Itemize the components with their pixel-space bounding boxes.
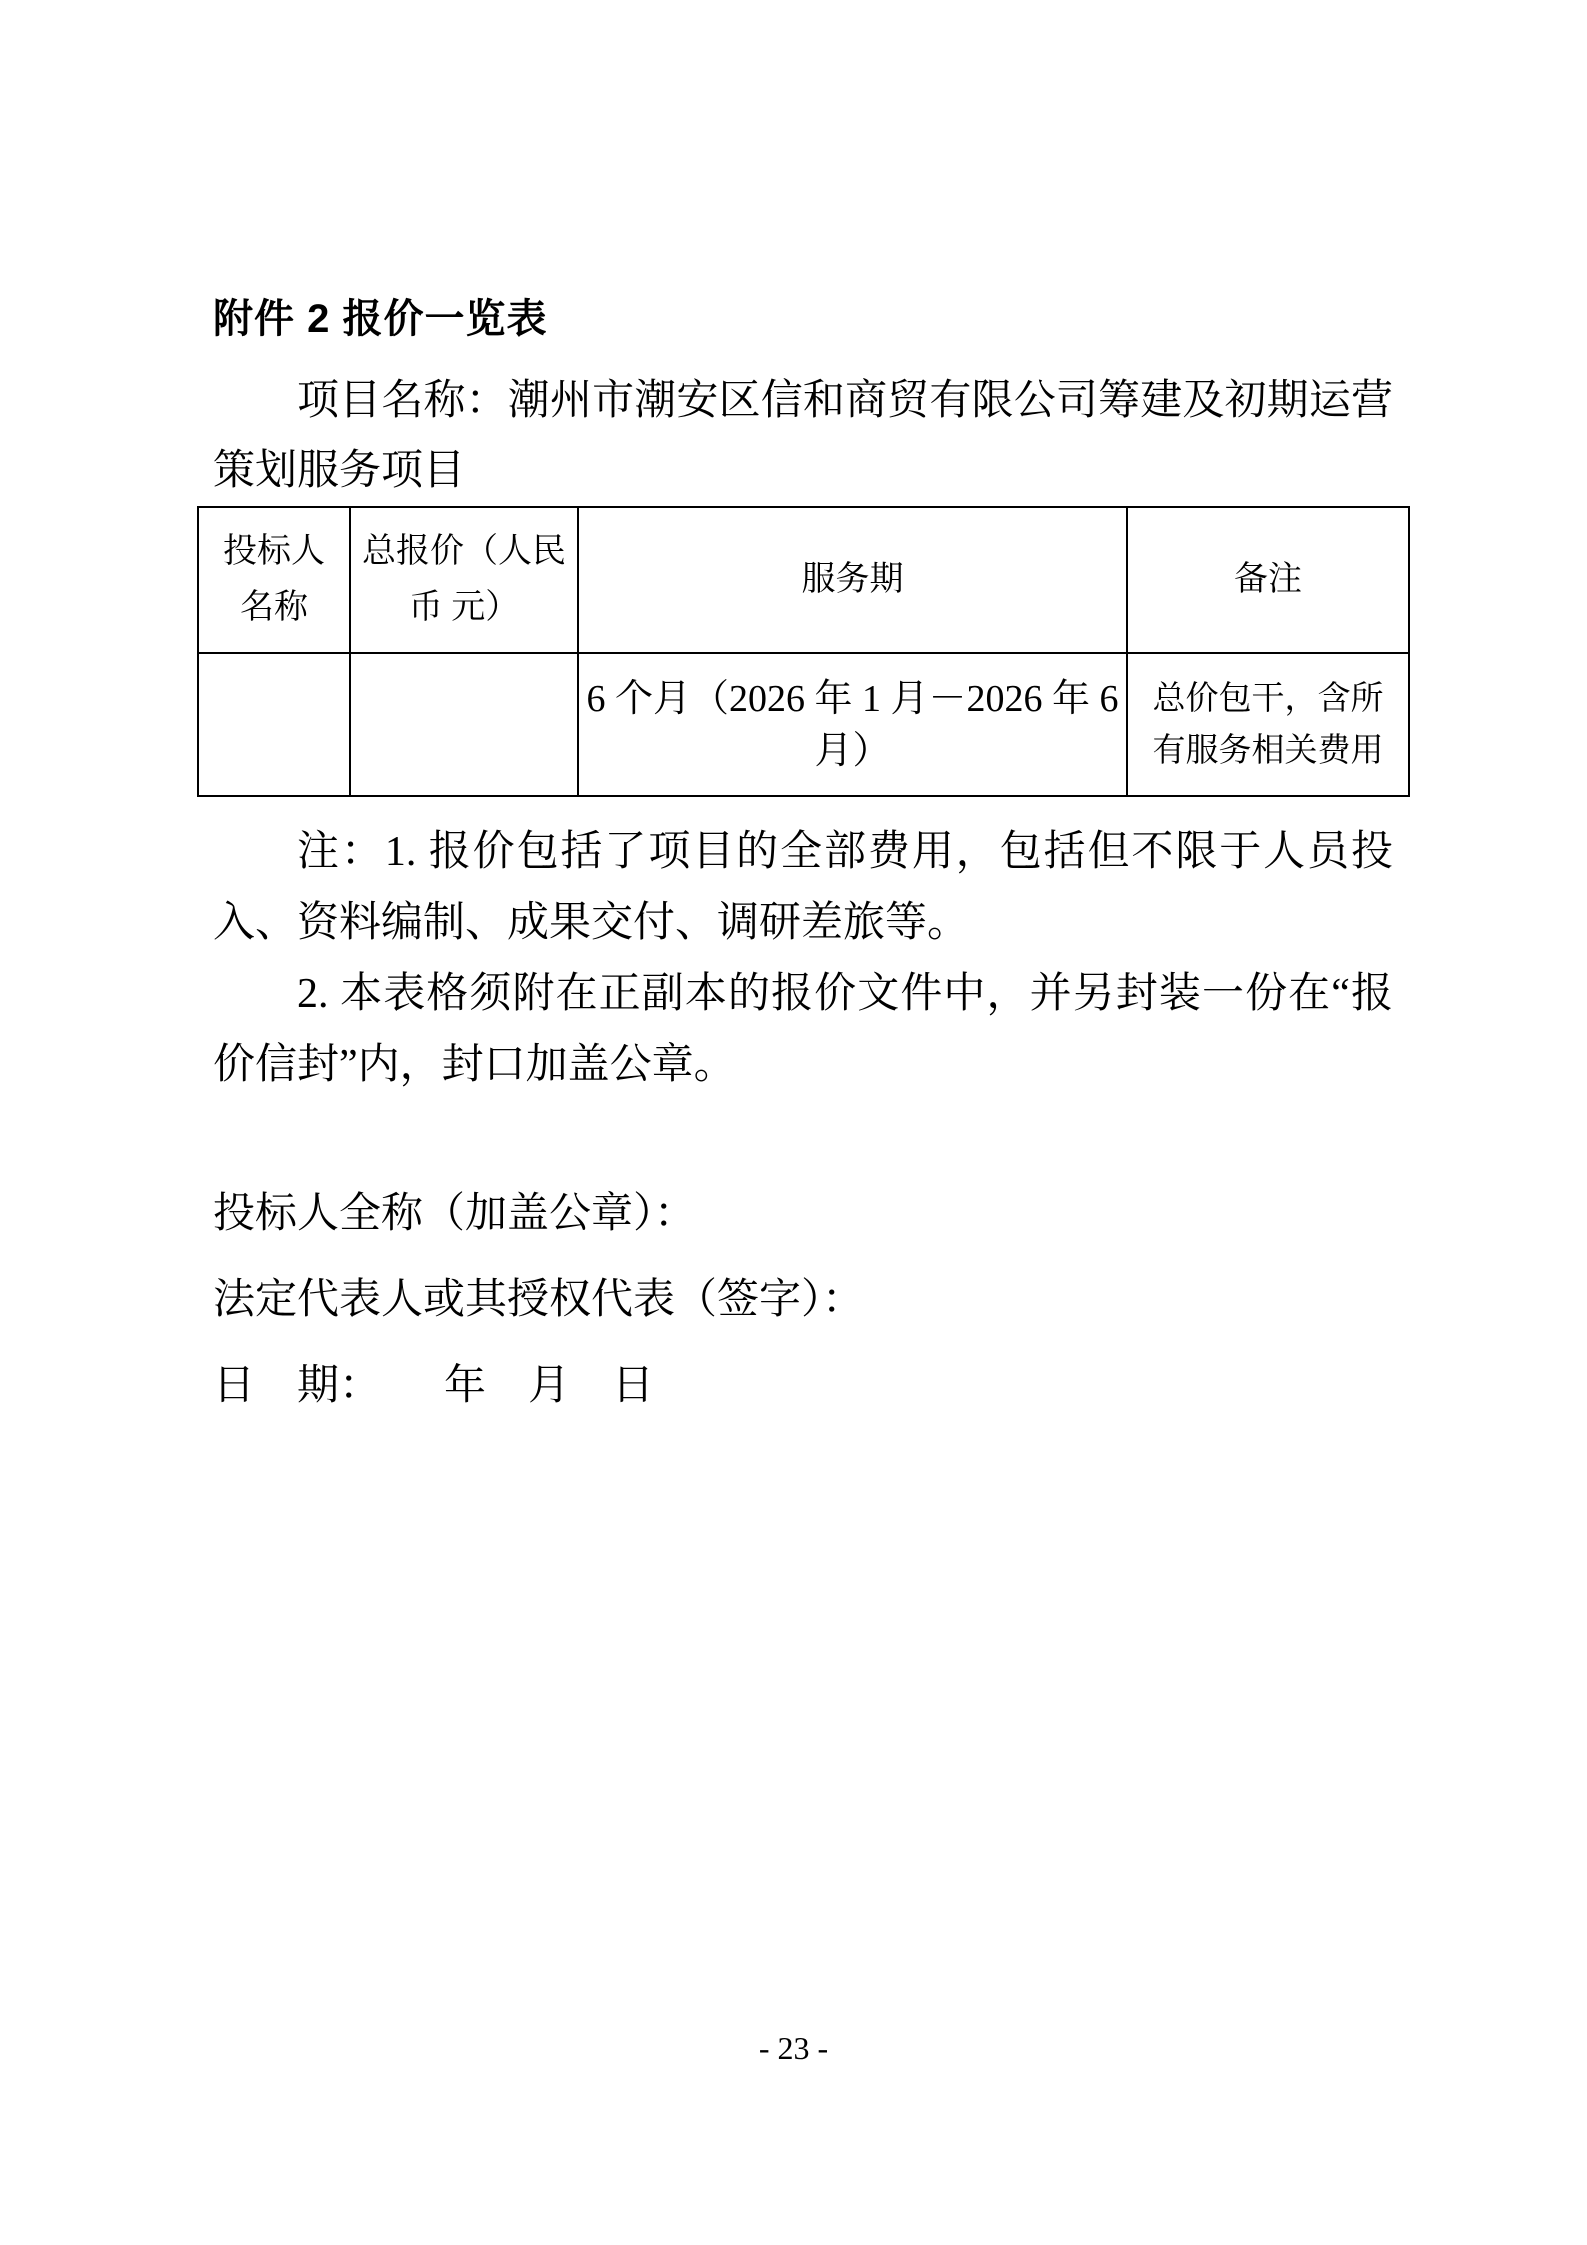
header-bidder-name-cell: 投标人 名称 [198,507,350,653]
signature-block: 投标人全称（加盖公章）： 法定代表人或其授权代表（签字）： 日 期： 年 月 日 [213,1171,1393,1429]
remark-cell: 总价包干，含所 有服务相关费用 [1127,653,1409,796]
legal-representative-line: 法定代表人或其授权代表（签字）： [213,1257,1393,1343]
service-period-cell: 6 个月（2026 年 1 月－2026 年 6 月） [578,653,1127,796]
project-name-paragraph: 项目名称：潮州市潮安区信和商贸有限公司筹建及初期运营 策划服务项目 [213,366,1393,506]
total-price-cell-empty [350,653,578,796]
bidder-name-cell-empty [198,653,350,796]
header-bidder-name-line-1: 投标人 [199,524,349,580]
notes-block: 注：1. 报价包括了项目的全部费用，包括但不限于人员投 入、资料编制、成果交付、… [213,817,1393,1101]
remark-line-1: 总价包干，含所 [1128,673,1408,725]
page-number: - 23 - [0,2028,1587,2068]
project-name-line-1: 项目名称：潮州市潮安区信和商贸有限公司筹建及初期运营 [213,366,1393,436]
header-total-price-cell: 总报价（人民 币 元） [350,507,578,653]
remark-line-2: 有服务相关费用 [1128,725,1408,777]
header-remark-cell: 备注 [1127,507,1409,653]
page-content: 附件 2 报价一览表 项目名称：潮州市潮安区信和商贸有限公司筹建及初期运营 策划… [0,0,1587,1429]
service-period-value: 6 个月（2026 年 1 月－2026 年 6 月） [579,673,1126,777]
project-name-line-2: 策划服务项目 [213,436,1393,506]
header-remark-line: 备注 [1128,552,1408,608]
document-page: 附件 2 报价一览表 项目名称：潮州市潮安区信和商贸有限公司筹建及初期运营 策划… [0,0,1587,2245]
quotation-table: 投标人 名称 总报价（人民 币 元） 服务期 备注 [197,506,1410,797]
header-bidder-name-line-2: 名称 [199,580,349,636]
table-data-row: 6 个月（2026 年 1 月－2026 年 6 月） 总价包干，含所 有服务相… [198,653,1409,796]
bidder-full-name-line: 投标人全称（加盖公章）： [213,1171,1393,1257]
note-1-line-1: 注：1. 报价包括了项目的全部费用，包括但不限于人员投 [213,817,1393,888]
header-service-period-cell: 服务期 [578,507,1127,653]
table-header-row: 投标人 名称 总报价（人民 币 元） 服务期 备注 [198,507,1409,653]
date-line: 日 期： 年 月 日 [213,1343,1393,1429]
note-2-line-1: 2. 本表格须附在正副本的报价文件中，并另封装一份在“报 [213,959,1393,1030]
note-2-line-2: 价信封”内，封口加盖公章。 [213,1030,1393,1101]
header-total-price-line-1: 总报价（人民 [351,524,577,580]
header-service-period-line: 服务期 [579,552,1126,608]
attachment-title: 附件 2 报价一览表 [213,296,1408,342]
header-total-price-line-2: 币 元） [351,580,577,636]
note-1-line-2: 入、资料编制、成果交付、调研差旅等。 [213,888,1393,959]
